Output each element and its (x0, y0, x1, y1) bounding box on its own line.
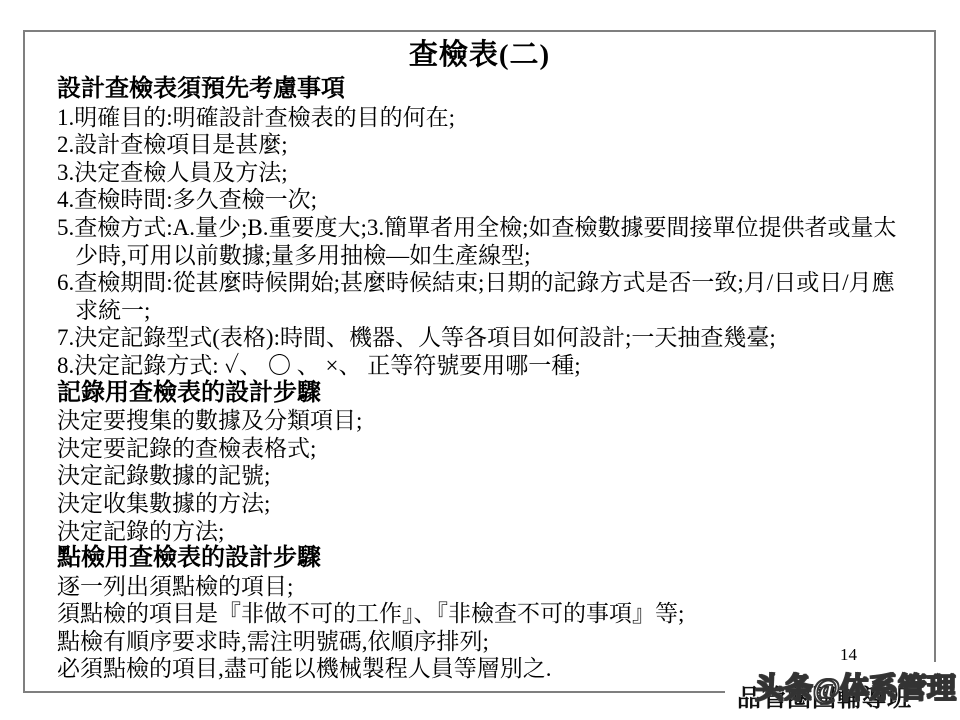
content-line: 3.決定查檢人員及方法; (57, 159, 917, 187)
content-line: 須點檢的項目是『非做不可的工作』、『非檢查不可的事項』等; (57, 600, 917, 628)
content-line: 5.查檢方式:A.量少;B.重要度大;3.簡單者用全檢;如查檢數據要間接單位提供… (57, 214, 917, 269)
slide-title: 查檢表(二) (25, 38, 934, 72)
content-line: 8.決定記錄方式: ✓、 〇 、 ×、 正等符號要用哪一種; (57, 352, 917, 380)
content-line: 決定記錄的方法; (57, 518, 917, 546)
slide-page: 查檢表(二) 設計查檢表須預先考慮事項1.明確目的:明確設計查檢表的目的何在;2… (0, 0, 960, 720)
page-number: 14 (840, 645, 857, 665)
content-line: 4.查檢時間:多久查檢一次; (57, 186, 917, 214)
footer: 品管圈圈輔導班 头条@体系管理 (725, 662, 960, 720)
slide-border: 查檢表(二) 設計查檢表須預先考慮事項1.明確目的:明確設計查檢表的目的何在;2… (23, 30, 936, 693)
content-line: 逐一列出須點檢的項目; (57, 573, 917, 601)
section-heading: 點檢用查檢表的設計步驟 (57, 545, 917, 573)
content-line: 點檢有順序要求時,需注明號碼,依順序排列; (57, 628, 917, 656)
content-line: 決定記錄數據的記號; (57, 462, 917, 490)
section-heading: 記錄用查檢表的設計步驟 (57, 380, 917, 408)
content-line: 1.明確目的:明確設計查檢表的目的何在; (57, 104, 917, 132)
section-heading: 設計查檢表須預先考慮事項 (57, 76, 917, 104)
content-line: 2.設計查檢項目是甚麼; (57, 131, 917, 159)
slide-content: 設計查檢表須預先考慮事項1.明確目的:明確設計查檢表的目的何在;2.設計查檢項目… (25, 74, 932, 683)
watermark-text: 头条@体系管理 (755, 666, 956, 707)
content-line: 決定要記錄的查檢表格式; (57, 435, 917, 463)
content-line: 決定要搜集的數據及分類項目; (57, 407, 917, 435)
content-line: 6.查檢期間:從甚麼時候開始;甚麼時候結束;日期的記錄方式是否一致;月/日或日/… (57, 269, 917, 324)
content-line: 決定收集數據的方法; (57, 490, 917, 518)
content-line: 7.決定記錄型式(表格):時間、機器、人等各項目如何設計;一天抽查幾臺; (57, 324, 917, 352)
